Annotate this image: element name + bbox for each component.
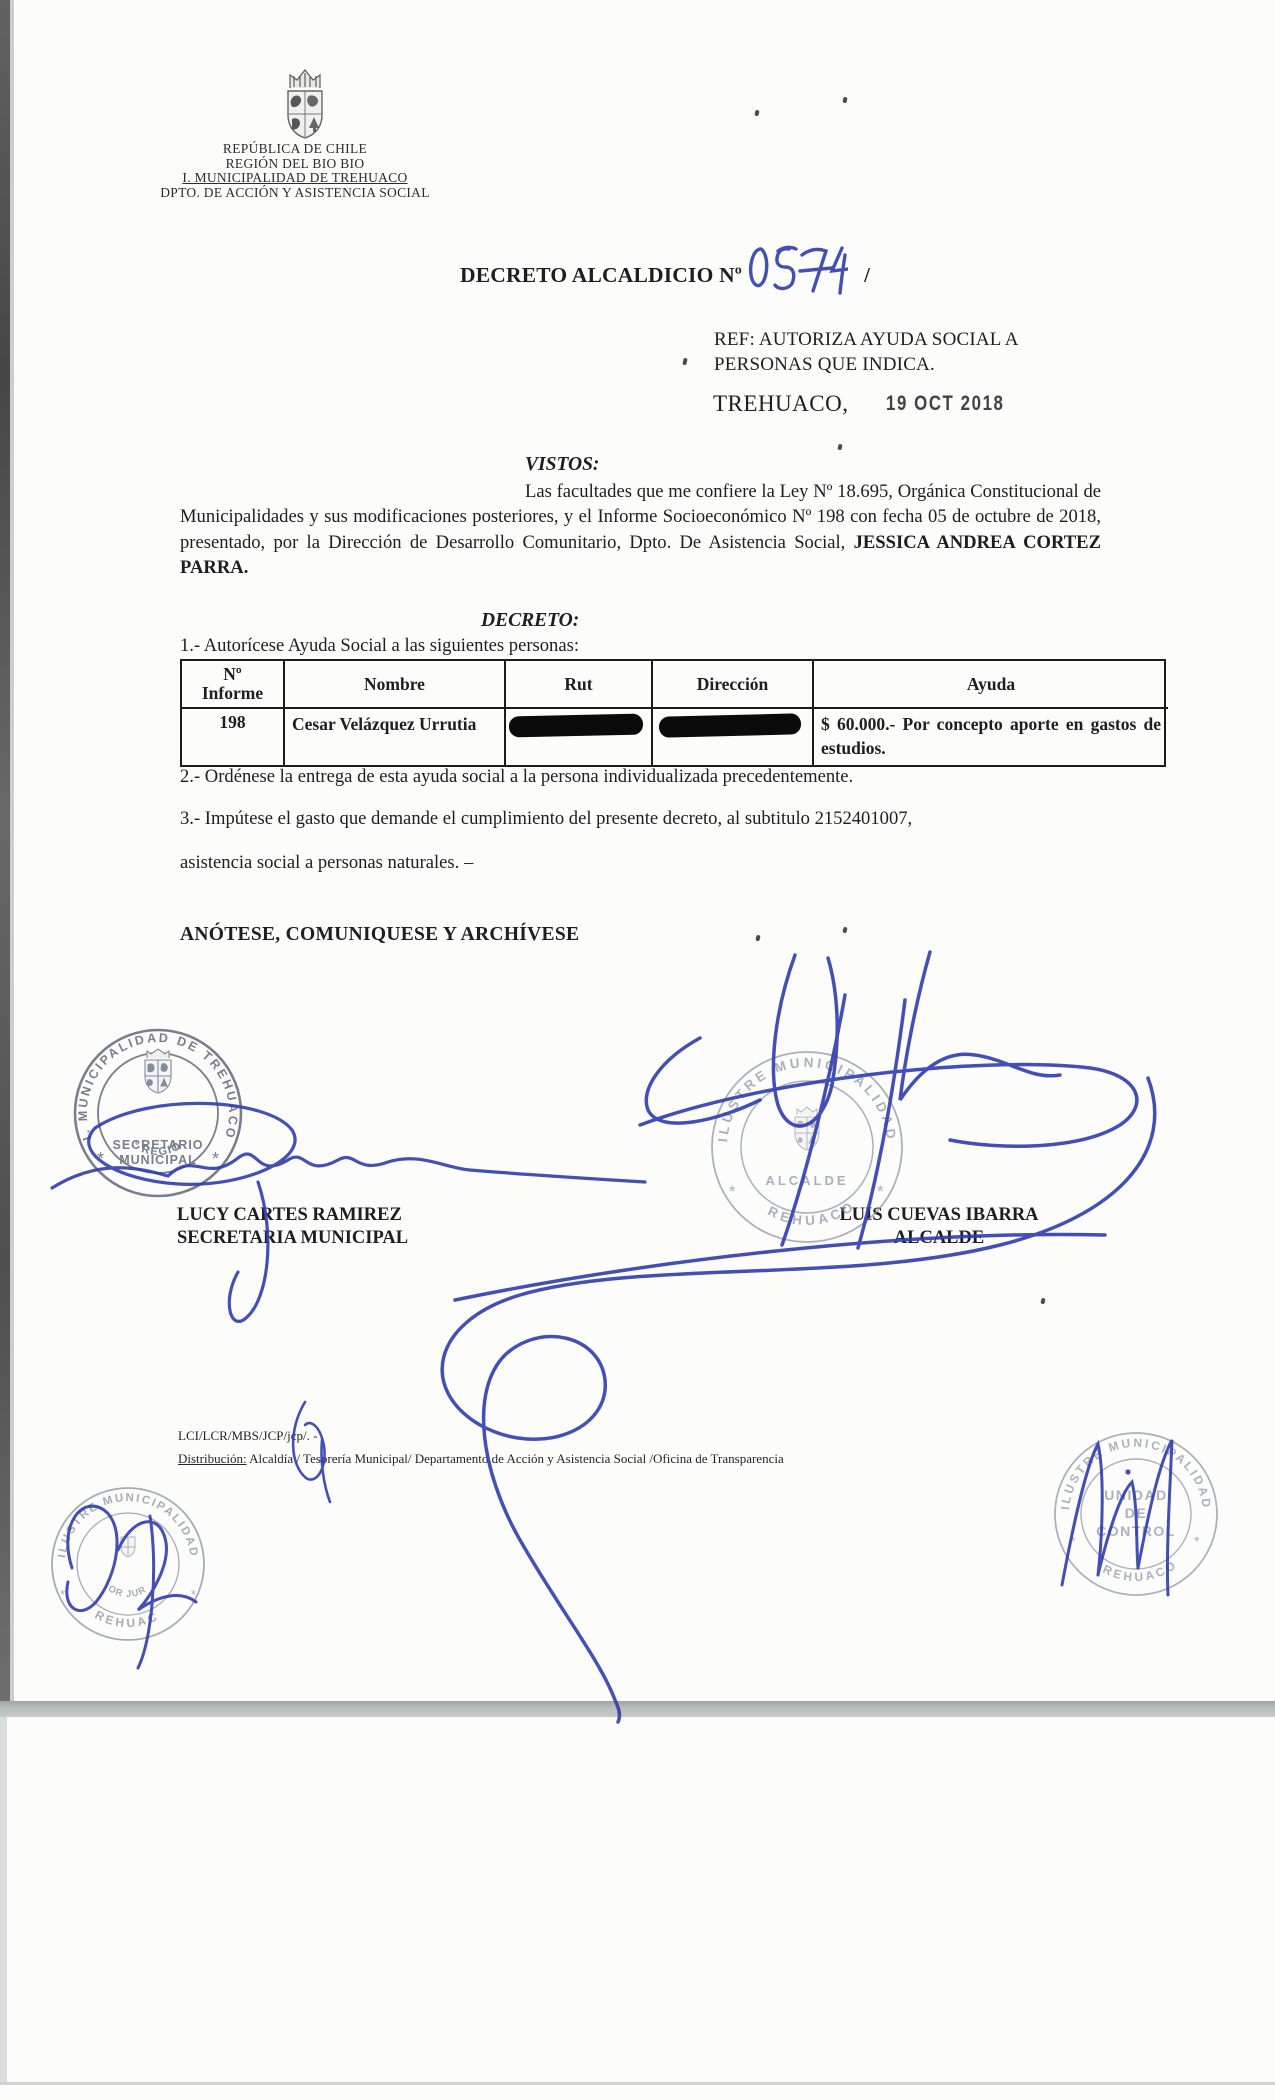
decreto-item-3-line1: 3.- Impútese el gasto que demande el cum…	[180, 808, 912, 830]
stamp-asesor-center: ASESOR JURIDICO	[43, 1479, 149, 1600]
table-cell-direccion: El Aromo S/N	[653, 709, 814, 765]
reference-line1: REF: AUTORIZA AYUDA SOCIAL A	[714, 327, 1074, 352]
ink-speck	[682, 358, 688, 366]
handwritten-signatures-layer	[0, 0, 1275, 2100]
stamp-star-icon: *	[60, 1587, 65, 1602]
reference-block: REF: AUTORIZA AYUDA SOCIAL A PERSONAS QU…	[714, 327, 1074, 377]
ink-speck	[842, 927, 847, 934]
decree-title-slash: /	[864, 263, 870, 287]
decreto-heading: DECRETO:	[481, 610, 579, 632]
stamp-control-ring-top: ILUSTRE MUNICIPALIDAD	[1058, 1436, 1214, 1511]
table-cell-nombre: Cesar Velázquez Urrutia	[285, 709, 506, 765]
secretaria-name: LUCY CARTES RAMIREZ	[177, 1204, 408, 1227]
vistos-paragraph: Las facultades que me confiere la Ley Nº…	[180, 479, 1101, 580]
asesor-signature	[67, 1506, 196, 1668]
table-header-ayuda: Ayuda	[814, 661, 1168, 709]
decree-title: DECRETO ALCALDICIO Nº	[460, 263, 742, 287]
letterhead-municipality: I. MUNICIPALIDAD DE TREHUACO	[130, 171, 460, 186]
stamp-secretario-bottom-text: 8º REGIÓN	[63, 1018, 184, 1158]
letterhead-country: REPÚBLICA DE CHILE	[130, 142, 460, 157]
beneficiaries-table: NºInforme Nombre Rut Dirección Ayuda 198…	[180, 659, 1166, 767]
stamp-star-icon: *	[191, 1587, 196, 1602]
table-header-informe: NºInforme	[182, 661, 285, 709]
alcalde-name: LUIS CUEVAS IBARRA	[823, 1204, 1055, 1227]
stamp-control-line3: CONTROL	[1096, 1523, 1176, 1539]
table-header-nombre: Nombre	[285, 661, 506, 709]
decreto-item-2: 2.- Ordénese la entrega de esta ayuda so…	[180, 766, 853, 788]
letterhead-region: REGIÓN DEL BIO BIO	[130, 157, 460, 172]
stamp-asesor-ring-top: ILUSTRE MUNICIPALIDAD	[56, 1492, 199, 1559]
scan-edge-left-bottom	[0, 1717, 7, 2083]
stamp-secretario-line1: SECRETARIO	[112, 1138, 203, 1152]
ink-speck	[837, 444, 842, 451]
stamp-control-line2: DE	[1125, 1505, 1147, 1521]
svg-text:ILUSTRE MUNICIPALIDAD: ILUSTRE MUNICIPALIDAD	[1058, 1436, 1214, 1511]
stamp-star-icon: *	[1194, 1533, 1200, 1549]
signatory-right: LUIS CUEVAS IBARRA ALCALDE	[823, 1204, 1055, 1250]
table-cell-rut	[506, 709, 653, 765]
date-stamp: 19 OCT 2018	[886, 392, 1004, 416]
place-name: TREHUACO,	[713, 391, 848, 417]
scan-bottom-line	[0, 2082, 1275, 2085]
distribution-label: Distribución:	[178, 1451, 247, 1466]
table-cell-informe: 198	[182, 709, 285, 765]
stamp-alcalde-ring-bottom: TREHUACO	[707, 1047, 859, 1228]
scan-edge-left	[0, 0, 10, 1704]
scan-edge-left-soft	[10, 0, 14, 1704]
stamp-control-ring-bottom: TREHUACO	[1046, 1424, 1180, 1584]
vistos-heading: VISTOS:	[525, 454, 599, 476]
scan-page-break-band	[0, 1701, 1275, 1717]
handwritten-decree-number	[744, 242, 848, 301]
redaction-bar-direccion	[659, 713, 801, 737]
stamp-secretario-line2: MUNICIPAL	[119, 1153, 197, 1167]
stamp-star-icon: *	[212, 1149, 219, 1169]
table-header-direccion: Dirección	[653, 661, 814, 709]
footer-distribution: Distribución: Alcaldía / Tesorería Munic…	[178, 1447, 784, 1470]
document-page: REPÚBLICA DE CHILE REGIÓN DEL BIO BIO I.…	[0, 0, 1275, 2100]
svg-text:ASESOR JURIDICO: ASESOR JURIDICO	[43, 1479, 149, 1600]
stamp-star-icon: *	[1070, 1533, 1076, 1549]
stamp-alcalde-center: ALCALDE	[765, 1173, 848, 1188]
alcalde-title: ALCALDE	[823, 1227, 1055, 1250]
decreto-item-1: 1.- Autorícese Ayuda Social a las siguie…	[180, 635, 579, 657]
svg-text:TREHUACO: TREHUACO	[707, 1047, 859, 1228]
distribution-text: Alcaldía / Tesorería Municipal/ Departam…	[247, 1451, 784, 1466]
decree-title-row: DECRETO ALCALDICIO Nº /	[460, 242, 870, 301]
ink-speck	[754, 110, 759, 117]
decreto-item-3-line2: asistencia social a personas naturales. …	[180, 852, 473, 874]
signatory-left: LUCY CARTES RAMIREZ SECRETARIA MUNICIPAL	[177, 1204, 408, 1250]
svg-text:ILUSTRE MUNICIPALIDAD: ILUSTRE MUNICIPALIDAD	[715, 1055, 899, 1143]
ink-speck	[755, 935, 760, 942]
stamp-star-icon: *	[97, 1149, 104, 1169]
stamp-asesor-ring-bottom: TREHUACO	[43, 1479, 162, 1630]
letterhead-department: DPTO. DE ACCIÓN Y ASISTENCIA SOCIAL	[130, 186, 460, 201]
secretaria-title: SECRETARIA MUNICIPAL	[177, 1227, 408, 1250]
svg-text:I. MUNICIPALIDAD DE TREHUACO: I. MUNICIPALIDAD DE TREHUACO	[76, 1031, 240, 1142]
chile-coat-of-arms-icon	[279, 64, 331, 142]
svg-text:8º REGIÓN: 8º REGIÓN	[63, 1018, 184, 1158]
table-header-rut: Rut	[506, 661, 653, 709]
svg-text:TREHUACO: TREHUACO	[43, 1479, 162, 1630]
control-signature	[1062, 1440, 1172, 1595]
closing-formula: ANÓTESE, COMUNIQUESE Y ARCHÍVESE	[180, 924, 579, 946]
ink-speck	[842, 97, 847, 104]
stamp-secretario-ring-text: I. MUNICIPALIDAD DE TREHUACO	[76, 1031, 240, 1142]
footer-initials: LCI/LCR/MBS/JCP/jcp/. -	[178, 1424, 784, 1447]
svg-text:ILUSTRE MUNICIPALIDAD: ILUSTRE MUNICIPALIDAD	[56, 1492, 199, 1559]
table-cell-ayuda: $ 60.000.- Por concepto aporte en gastos…	[814, 709, 1168, 765]
footer-block: LCI/LCR/MBS/JCP/jcp/. - Distribución: Al…	[178, 1424, 784, 1470]
stamp-control-line1: UNIDAD	[1104, 1487, 1167, 1503]
stamp-star-icon: *	[729, 1182, 736, 1201]
reference-line2: PERSONAS QUE INDICA.	[714, 352, 1074, 377]
secretario-municipal-round-stamp: I. MUNICIPALIDAD DE TREHUACO SECRETARIO …	[63, 1018, 253, 1208]
letterhead: REPÚBLICA DE CHILE REGIÓN DEL BIO BIO I.…	[130, 142, 460, 200]
unidad-de-control-round-stamp: ILUSTRE MUNICIPALIDAD TREHUACO UNIDAD DE…	[1046, 1424, 1226, 1604]
alcalde-signature	[442, 952, 1155, 1722]
stamp-star-icon: *	[877, 1182, 884, 1201]
stamp-alcalde-ring-top: ILUSTRE MUNICIPALIDAD	[715, 1055, 899, 1143]
redaction-bar-rut	[509, 714, 643, 738]
asesor-juridico-round-stamp: ILUSTRE MUNICIPALIDAD TREHUACO ASESOR JU…	[43, 1479, 213, 1649]
ink-speck	[1040, 1298, 1045, 1305]
svg-text:TREHUACO: TREHUACO	[1046, 1424, 1180, 1584]
